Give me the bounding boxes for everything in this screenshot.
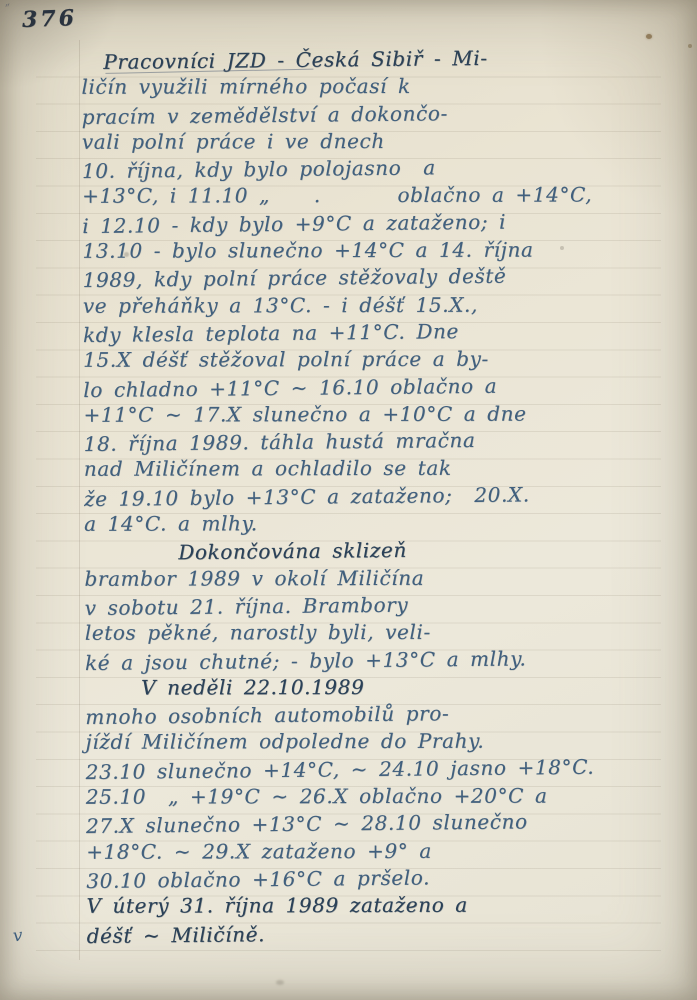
corner-pencil-mark: ″ (4, 2, 12, 19)
margin-rule-line (79, 40, 80, 960)
handwritten-line: 27.X slunečno +13°C ~ 28.10 slunečno (86, 807, 666, 840)
handwritten-text-block: Pracovníci JZD - Česká Sibiř - Mi- ličín… (81, 44, 666, 948)
handwritten-line: 25.10 „ +19°C ~ 26.X oblačno +20°C a (86, 782, 666, 811)
handwritten-line: Pracovníci JZD - Česká Sibiř - Mi- (103, 43, 661, 76)
handwritten-line: 13.10 - bylo slunečno +14°C a 14. října (82, 236, 662, 265)
margin-check-mark: v (12, 926, 24, 947)
handwritten-line: že 19.10 bylo +13°C a zataženo; 20.X. (84, 480, 664, 513)
handwritten-line: +13°C, i 11.10 „ . oblačno a +14°C, (82, 182, 662, 211)
manuscript-scan: { "colors": { "ink": "#41607e", "ink_dar… (0, 0, 697, 1000)
handwritten-line: a 14°C. a mlhy. (84, 509, 664, 538)
handwritten-line: Dokončována sklizeň (178, 535, 664, 567)
handwritten-line: déšť ~ Miličíně. (87, 916, 667, 949)
paper-stain (646, 34, 652, 39)
handwritten-line: nad Miličínem a ochladilo se tak (84, 455, 664, 484)
handwritten-line: 30.10 oblačno +16°C a pršelo. (86, 862, 666, 895)
handwritten-line: +11°C ~ 17.X slunečno a +10°C a dne (83, 400, 663, 429)
handwritten-line: ve přeháňky a 13°C. - i déšť 15.X., (83, 291, 663, 320)
handwritten-line: ké a jsou chutné; - bylo +13°C a mlhy. (85, 643, 665, 676)
handwritten-line: +18°C. ~ 29.X zataženo +9° a (86, 837, 666, 866)
handwritten-line: kdy klesla teplota na +11°C. Dne (83, 316, 663, 349)
handwritten-line: 15.X déšť stěžoval polní práce a by- (83, 346, 663, 375)
handwritten-line: v sobotu 21. října. Brambory (85, 589, 665, 622)
handwritten-line: lo chladno +11°C ~ 16.10 oblačno a (83, 371, 663, 404)
handwritten-line: vali polní práce i ve dnech (82, 127, 662, 156)
handwritten-line: V úterý 31. října 1989 zataženo a (86, 891, 666, 920)
handwritten-line: ličín využili mírného počasí k (81, 73, 661, 102)
handwritten-line: 1989, kdy polní práce stěžovaly deště (83, 261, 663, 294)
paper-stain (688, 44, 692, 48)
handwritten-line: i 12.10 - kdy bylo +9°C a zataženo; i (82, 207, 662, 240)
handwritten-line: mnoho osobních automobilů pro- (85, 698, 665, 731)
paper-stain (276, 980, 284, 985)
page-number: 376 (22, 5, 78, 33)
handwritten-line: pracím v zemědělství a dokončo- (82, 98, 662, 131)
handwritten-line: V neděli 22.10.1989 (141, 673, 665, 702)
handwritten-line: jíždí Miličínem odpoledne do Prahy. (85, 728, 665, 757)
handwritten-line: 23.10 slunečno +14°C, ~ 24.10 jasno +18°… (86, 753, 666, 786)
handwritten-line: brambor 1989 v okolí Miličína (84, 564, 664, 593)
handwritten-line: letos pěkné, narostly byli, veli- (85, 618, 665, 647)
